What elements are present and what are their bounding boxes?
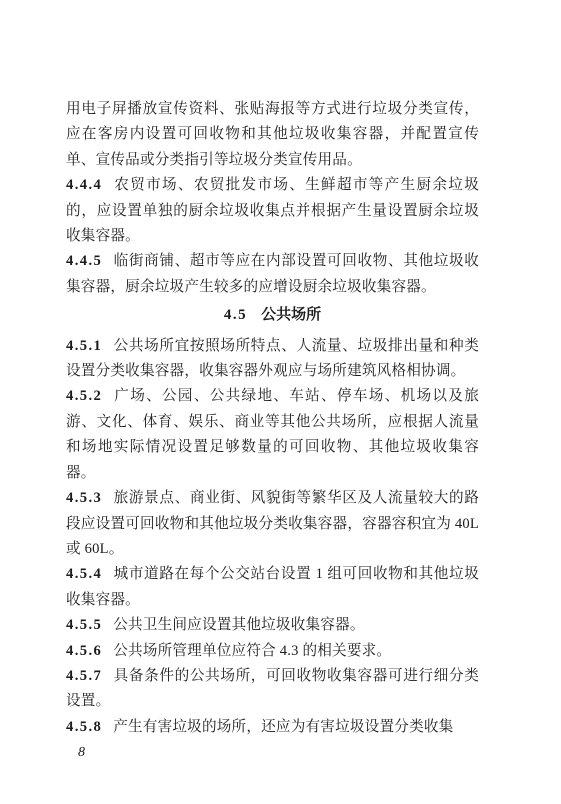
clause-text: 具备条件的公共场所，可回收物收集容器可进行细分类设置。 <box>66 668 479 709</box>
clause-number: 4.5.8 <box>66 719 102 735</box>
clause-number: 4.5.4 <box>66 566 102 582</box>
clause-number: 4.5.3 <box>66 490 102 506</box>
clause-4-5-2: 4.5.2广场、公园、公共绿地、车站、停车场、机场以及旅游、文化、体育、娱乐、商… <box>66 384 479 486</box>
clause-4-5-1: 4.5.1公共场所宜按照场所特点、人流量、垃圾排出量和种类设置分类收集容器，收集… <box>66 334 479 385</box>
clause-text: 临街商铺、超市等应在内部设置可回收物、其他垃圾收集容器，厨余垃圾产生较多的应增设… <box>66 253 479 294</box>
clause-4-4-4: 4.4.4农贸市场、农贸批发市场、生鲜超市等产生厨余垃圾的，应设置单独的厨余垃圾… <box>66 173 479 249</box>
clause-4-5-7: 4.5.7具备条件的公共场所，可回收物收集容器可进行细分类设置。 <box>66 664 479 715</box>
clause-4-5-8: 4.5.8产生有害垃圾的场所，还应为有害垃圾设置分类收集 <box>66 715 479 740</box>
clause-number: 4.4.5 <box>66 253 102 269</box>
section-heading: 4.5公共场所 <box>66 302 479 328</box>
document-page: 用电子屏播放宣传资料、张贴海报等方式进行垃圾分类宣传，应在客房内设置可回收物和其… <box>0 0 561 804</box>
clause-text: 公共卫生间应设置其他垃圾收集容器。 <box>113 617 365 633</box>
clause-text: 旅游景点、商业街、风貌街等繁华区及人流量较大的路段应设置可回收物和其他垃圾分类收… <box>66 490 479 557</box>
clause-text: 农贸市场、农贸批发市场、生鲜超市等产生厨余垃圾的，应设置单独的厨余垃圾收集点并根… <box>66 177 479 244</box>
clause-number: 4.5.6 <box>66 643 102 659</box>
clause-text: 广场、公园、公共绿地、车站、停车场、机场以及旅游、文化、体育、娱乐、商业等其他公… <box>66 388 479 480</box>
clause-4-5-4: 4.5.4城市道路在每个公交站台设置 1 组可回收物和其他垃圾收集容器。 <box>66 562 479 613</box>
section-heading-number: 4.5 <box>224 307 247 323</box>
clause-text: 城市道路在每个公交站台设置 1 组可回收物和其他垃圾收集容器。 <box>66 566 479 607</box>
section-heading-title: 公共场所 <box>261 306 321 323</box>
clause-4-5-6: 4.5.6公共场所管理单位应符合 4.3 的相关要求。 <box>66 639 479 664</box>
clause-number: 4.4.4 <box>66 177 102 193</box>
clause-4-5-5: 4.5.5公共卫生间应设置其他垃圾收集容器。 <box>66 613 479 638</box>
clause-text: 公共场所管理单位应符合 4.3 的相关要求。 <box>113 643 391 659</box>
clause-number: 4.5.1 <box>66 338 102 354</box>
clause-number: 4.5.2 <box>66 388 102 404</box>
paragraph-continuation: 用电子屏播放宣传资料、张贴海报等方式进行垃圾分类宣传，应在客房内设置可回收物和其… <box>66 97 479 173</box>
clause-4-4-5: 4.4.5临街商铺、超市等应在内部设置可回收物、其他垃圾收集容器，厨余垃圾产生较… <box>66 249 479 300</box>
page-number: 8 <box>66 740 479 765</box>
clause-number: 4.5.5 <box>66 617 102 633</box>
paragraph-text: 用电子屏播放宣传资料、张贴海报等方式进行垃圾分类宣传，应在客房内设置可回收物和其… <box>66 101 479 168</box>
clause-text: 产生有害垃圾的场所，还应为有害垃圾设置分类收集 <box>113 719 453 735</box>
clause-text: 公共场所宜按照场所特点、人流量、垃圾排出量和种类设置分类收集容器，收集容器外观应… <box>66 338 479 379</box>
clause-4-5-3: 4.5.3旅游景点、商业街、风貌街等繁华区及人流量较大的路段应设置可回收物和其他… <box>66 486 479 562</box>
clause-number: 4.5.7 <box>66 668 102 684</box>
page-content: 用电子屏播放宣传资料、张贴海报等方式进行垃圾分类宣传，应在客房内设置可回收物和其… <box>66 97 479 766</box>
